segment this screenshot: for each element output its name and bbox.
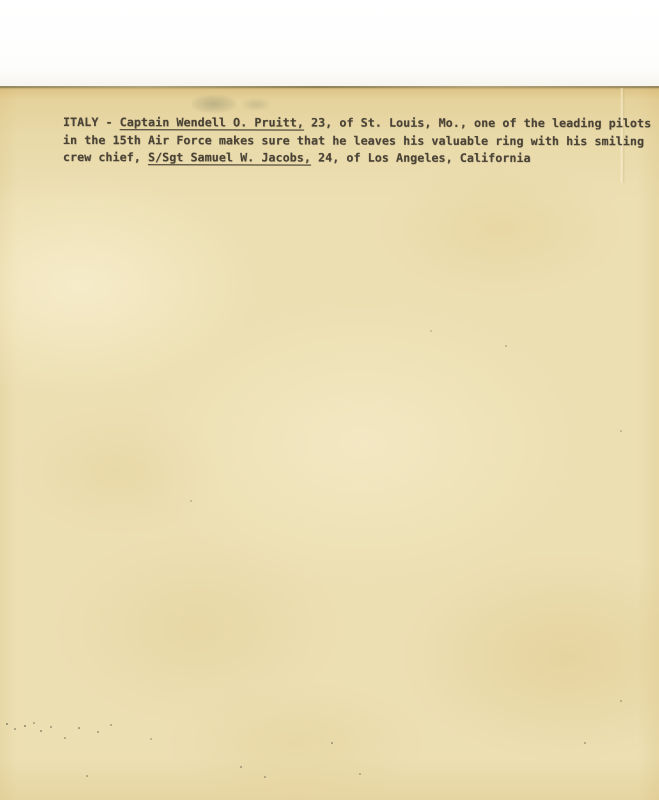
caption-line3-pre: crew chief, bbox=[63, 150, 148, 164]
caption-line-2: in the 15th Air Force makes sure that he… bbox=[63, 132, 659, 151]
caption-line3-post: 24, of Los Angeles, California bbox=[311, 151, 531, 165]
pencil-smudge-faint bbox=[242, 98, 270, 111]
typed-caption: ITALY - Captain Wendell O. Pruitt, 23, o… bbox=[63, 114, 659, 168]
underlined-name-pruitt: Captain Wendell O. Pruitt, bbox=[120, 115, 304, 129]
scanned-document: ITALY - Captain Wendell O. Pruitt, 23, o… bbox=[0, 0, 659, 800]
caption-line1-pre: ITALY - bbox=[63, 115, 120, 129]
caption-line-3: crew chief, S/Sgt Samuel W. Jacobs, 24, … bbox=[63, 149, 659, 168]
paper-top-edge bbox=[0, 86, 659, 88]
caption-line-1: ITALY - Captain Wendell O. Pruitt, 23, o… bbox=[63, 114, 659, 133]
caption-line1-post: 23, of St. Louis, Mo., one of the leadin… bbox=[304, 116, 651, 131]
scanner-background bbox=[0, 0, 659, 86]
pencil-smudge bbox=[192, 95, 236, 113]
underlined-name-jacobs: S/Sgt Samuel W. Jacobs, bbox=[148, 150, 311, 164]
paper-speckles bbox=[0, 86, 2, 88]
caption-paper: ITALY - Captain Wendell O. Pruitt, 23, o… bbox=[0, 86, 659, 800]
